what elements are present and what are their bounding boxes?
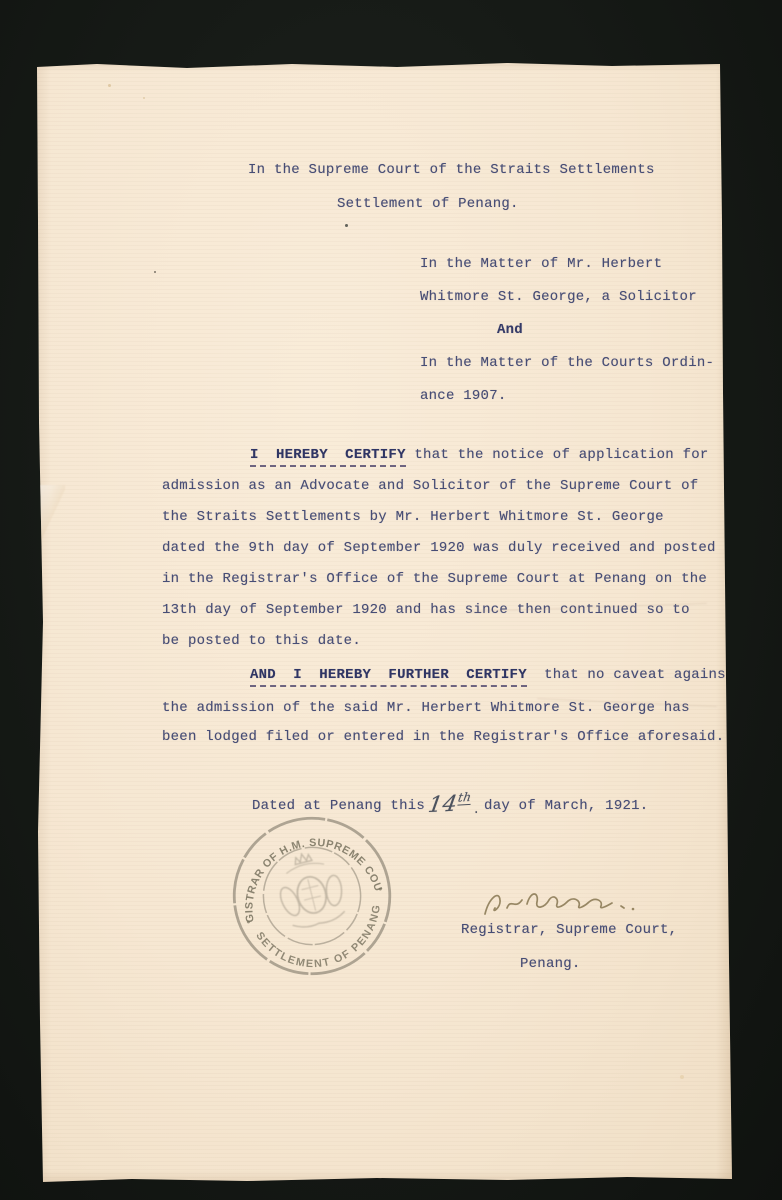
handwritten-day: 14th: [427, 792, 472, 811]
dated-line: Dated at Penang this14th.day of March, 1…: [252, 793, 648, 814]
paper-speck: [680, 1075, 684, 1079]
certify2-line: the admission of the said Mr. Herbert Wh…: [162, 700, 690, 716]
certify1-line: in the Registrar's Office of the Supreme…: [162, 571, 707, 587]
dated-suffix: day of March, 1921.: [484, 798, 648, 814]
matter-line1: In the Matter of Mr. Herbert: [420, 256, 662, 272]
certify2-heading: AND I HEREBY FURTHER CERTIFY: [250, 667, 527, 687]
certify1-line: 13th day of September 1920 and has since…: [162, 602, 690, 618]
court-header-line2: Settlement of Penang.: [337, 196, 519, 212]
signature-title-line2: Penang.: [520, 956, 581, 972]
certify1-line: dated the 9th day of September 1920 was …: [162, 540, 716, 556]
dated-prefix: Dated at Penang this: [252, 798, 425, 814]
paper-speck: [154, 271, 156, 273]
matter-line4: In the Matter of the Courts Ordin-: [420, 355, 714, 371]
certify1-heading: I HEREBY CERTIFY: [250, 447, 406, 467]
svg-text:SETTLEMENT OF PENANG: SETTLEMENT OF PENANG: [252, 900, 395, 984]
seal-top-text: REGISTRAR OF H.M. SUPREME COURT: [217, 801, 384, 932]
certify1-line: admission as an Advocate and Solicitor o…: [162, 478, 698, 494]
matter-line5: ance 1907.: [420, 388, 507, 404]
paper-speck: [108, 84, 111, 87]
certify1-line: the Straits Settlements by Mr. Herbert W…: [162, 509, 664, 525]
paper-speck: [143, 97, 145, 99]
certify2-after-heading: that no caveat against: [527, 667, 735, 683]
seal-bottom-text: SETTLEMENT OF PENANG: [252, 900, 395, 984]
signature-title-line1: Registrar, Supreme Court,: [461, 922, 677, 938]
seal-coat-of-arms: [269, 846, 351, 932]
certify1-first-line: I HEREBY CERTIFY that the notice of appl…: [250, 447, 709, 463]
svg-text:REGISTRAR OF H.M. SUPREME COUR: REGISTRAR OF H.M. SUPREME COURT: [217, 801, 384, 932]
certify1-line: be posted to this date.: [162, 633, 361, 649]
court-header-line1: In the Supreme Court of the Straits Sett…: [248, 162, 655, 178]
paper-edge-shading: [37, 62, 732, 1182]
handwritten-dot: .: [473, 803, 480, 817]
certify1-after-heading: that the notice of application for: [406, 447, 709, 463]
registrar-signature: [481, 880, 651, 928]
certificate-page: In the Supreme Court of the Straits Sett…: [37, 62, 732, 1182]
photo-background: In the Supreme Court of the Straits Sett…: [0, 0, 782, 1200]
matter-line3-and: And: [497, 322, 523, 338]
handwritten-day-suffix: th: [457, 790, 473, 806]
paper-speck: [345, 224, 348, 227]
certify2-line: been lodged filed or entered in the Regi…: [162, 729, 724, 745]
paper-fold-mark: [37, 485, 65, 541]
court-seal-stamp: REGISTRAR OF H.M. SUPREME COURT SETTLEME…: [217, 801, 407, 991]
matter-line2: Whitmore St. George, a Solicitor: [420, 289, 697, 305]
certify2-first-line: AND I HEREBY FURTHER CERTIFY that no cav…: [250, 667, 734, 683]
